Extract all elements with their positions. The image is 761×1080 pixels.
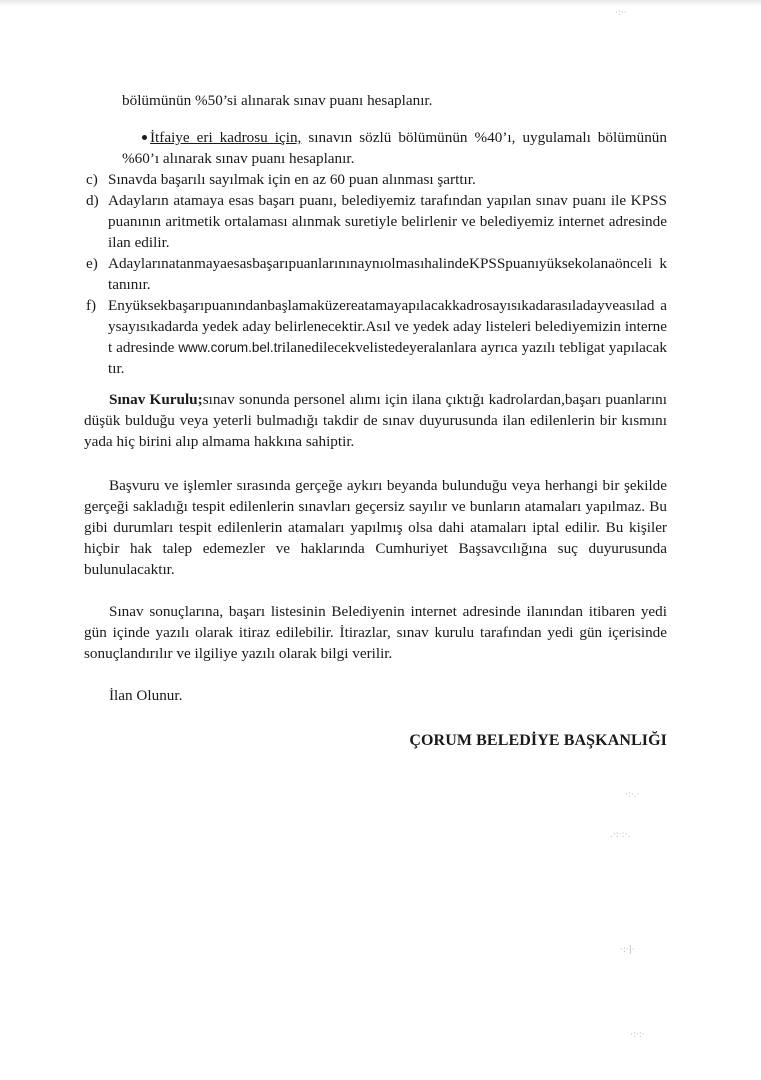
scan-noise: ·:·.· xyxy=(625,790,639,800)
paragraph-text: Sınav sonuçlarına, başarı listesinin Bel… xyxy=(84,601,667,664)
list-text: Adayların atamaya esas başarı puanı, bel… xyxy=(108,190,667,253)
scanned-document-page: bölümünün %50’si alınarak sınav puanı he… xyxy=(0,0,761,1080)
list-marker: e) xyxy=(86,253,98,274)
bullet-item: İtfaiye eri kadrosu için, sınavın sözlü … xyxy=(122,127,667,169)
list-item-d: d) Adayların atamaya esas başarı puanı, … xyxy=(84,190,667,253)
list-item-c: c) Sınavda başarılı sayılmak için en az … xyxy=(84,169,667,190)
continued-line-text: bölümünün %50’si alınarak sınav puanı he… xyxy=(122,92,432,109)
list-marker: f) xyxy=(86,295,96,316)
signature-authority: ÇORUM BELEDİYE BAŞKANLIĞI xyxy=(409,732,667,750)
scan-noise: ·:·|· xyxy=(620,945,635,955)
bullet-icon xyxy=(142,135,147,140)
scan-noise: ·:·· xyxy=(615,8,627,18)
scan-noise: ·:·:· xyxy=(630,1030,645,1040)
closing-line: İlan Olunur. xyxy=(109,685,182,706)
list-marker: c) xyxy=(86,169,98,190)
paragraph-exam-board: Sınav Kurulu;sınav sonunda personel alım… xyxy=(84,389,667,452)
list-text: Adaylarınatanmayaesasbaşarıpuanlarınınay… xyxy=(108,253,667,295)
paragraph-bold-lead: Sınav Kurulu; xyxy=(109,391,203,408)
website-link: www.corum.bel.tr xyxy=(178,340,282,355)
paragraph-false-declaration: Başvuru ve işlemler sırasında gerçeğe ay… xyxy=(84,475,667,580)
list-text: Sınavda başarılı sayılmak için en az 60 … xyxy=(108,169,667,190)
paragraph-objections: Sınav sonuçlarına, başarı listesinin Bel… xyxy=(84,601,667,664)
bullet-text: sınavın sözlü bölümünün %40’ı, uygulamal… xyxy=(301,129,667,146)
scan-edge xyxy=(0,0,761,6)
list-text: Enyüksekbaşarıpuanındanbaşlamaküzereatam… xyxy=(108,295,667,379)
bullet-continuation: %60’ı alınarak sınav puanı hesaplanır. xyxy=(122,148,667,169)
continued-line: bölümünün %50’si alınarak sınav puanı he… xyxy=(122,90,432,111)
closing-text: İlan Olunur. xyxy=(109,687,182,704)
paragraph-text: Başvuru ve işlemler sırasında gerçeğe ay… xyxy=(84,475,667,580)
list-item-e: e) Adaylarınatanmayaesasbaşarıpuanlarını… xyxy=(84,253,667,295)
list-item-f: f) Enyüksekbaşarıpuanındanbaşlamaküzerea… xyxy=(84,295,667,379)
list-marker: d) xyxy=(86,190,99,211)
bullet-lead: İtfaiye eri kadrosu için, xyxy=(150,129,301,146)
scan-noise: .·:·:·. xyxy=(610,830,630,840)
